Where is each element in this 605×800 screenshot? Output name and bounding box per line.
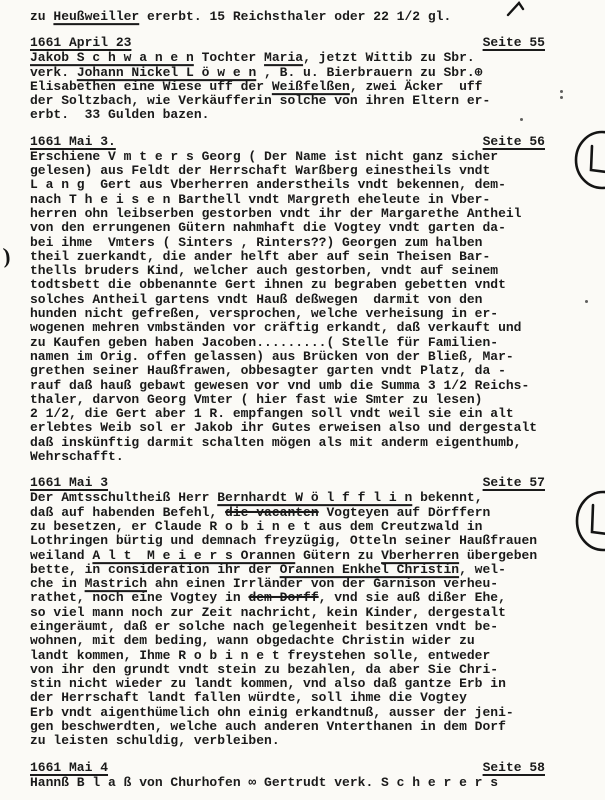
text-line: Jakob S c h w a n e n Tochter Maria, jet…: [30, 51, 545, 66]
entry-page-ref: Seite 55: [483, 35, 545, 51]
photocopy-speck: [560, 90, 563, 93]
entry-page-ref: Seite 58: [483, 760, 545, 776]
entry-header: 1661 Mai 3.Seite 56: [30, 134, 545, 150]
text-line: rathet, noch eine Vogtey in dem Dorff, v…: [30, 591, 545, 606]
register-entry: 1661 Mai 4Seite 58Hannß B l a ß von Chur…: [30, 760, 545, 790]
photocopy-speck: [585, 300, 588, 303]
scanned-document-page: zu Heußweiller ererbt. 15 Reichsthaler o…: [0, 0, 605, 800]
register-entry: 1661 April 23Seite 55Jakob S c h w a n e…: [30, 35, 545, 122]
entry-page-ref: Seite 57: [483, 475, 545, 491]
photocopy-speck: [520, 118, 523, 121]
text-line: von den errungenen Gütern nahmhaft die V…: [30, 221, 545, 236]
text-line: bei ihme Vmters ( Sinters , Rinters??) G…: [30, 235, 545, 250]
entries-container: 1661 April 23Seite 55Jakob S c h w a n e…: [30, 35, 545, 790]
register-entry: 1661 Mai 3.Seite 56Erschiene V m t e r s…: [30, 134, 545, 465]
text-line: Der Amtsschultheiß Herr Bernhardt W ö l …: [30, 491, 545, 506]
handwritten-circled-letter-annotation-2: [570, 490, 605, 556]
text-line: Wehrschafft.: [30, 450, 545, 465]
text-line: grethen seiner Haußfrawen, obbesagter ga…: [30, 364, 545, 379]
photocopy-speck: [560, 96, 563, 99]
text-line: Lothringen bürtig und demnach freyzügig,…: [30, 534, 545, 549]
entry-date: 1661 Mai 4: [30, 760, 108, 776]
handwritten-paren-annotation: ): [2, 243, 11, 269]
handwritten-tick-annotation: [505, 1, 531, 19]
text-line: landt kommen, Ihme R o b i n e t freyste…: [30, 648, 545, 663]
entry-date: 1661 Mai 3.: [30, 134, 116, 150]
entry-page-ref: Seite 56: [483, 134, 545, 150]
document-text-column: zu Heußweiller ererbt. 15 Reichsthaler o…: [30, 10, 545, 790]
text-line: zu leisten schuldig, verbleiben.: [30, 734, 545, 749]
text-line: todtsbett die obbenannte Gert ihnen zu b…: [30, 278, 545, 293]
text-line: rauf daß hauß gebawt gewesen vor vnd umb…: [30, 378, 545, 393]
text-line: L a n g Gert aus Vberherren anderstheils…: [30, 178, 545, 193]
text-line: weiland A l t M e i e r s Orannen Gütern…: [30, 548, 545, 563]
text-line: der Herrschaft landt fallen würdte, soll…: [30, 691, 545, 706]
register-entry: 1661 Mai 3Seite 57Der Amtsschultheiß Her…: [30, 475, 545, 748]
text-line: erlebtes Weib sol er Jakob ihr Gutes erw…: [30, 421, 545, 436]
text-line: Hannß B l a ß von Churhofen ∞ Gertrudt v…: [30, 776, 545, 791]
text-line: wohnen, mit dem beding, wann obgedachte …: [30, 634, 545, 649]
entry-header: 1661 Mai 4Seite 58: [30, 760, 545, 776]
handwritten-circled-letter-annotation-1: [570, 130, 605, 196]
text-line: erbt. 33 Gulden bazen.: [30, 108, 545, 123]
intro-continuation-line: zu Heußweiller ererbt. 15 Reichsthaler o…: [30, 10, 545, 25]
text-line: wogenen mehren vmbständen vor cräftig er…: [30, 321, 545, 336]
